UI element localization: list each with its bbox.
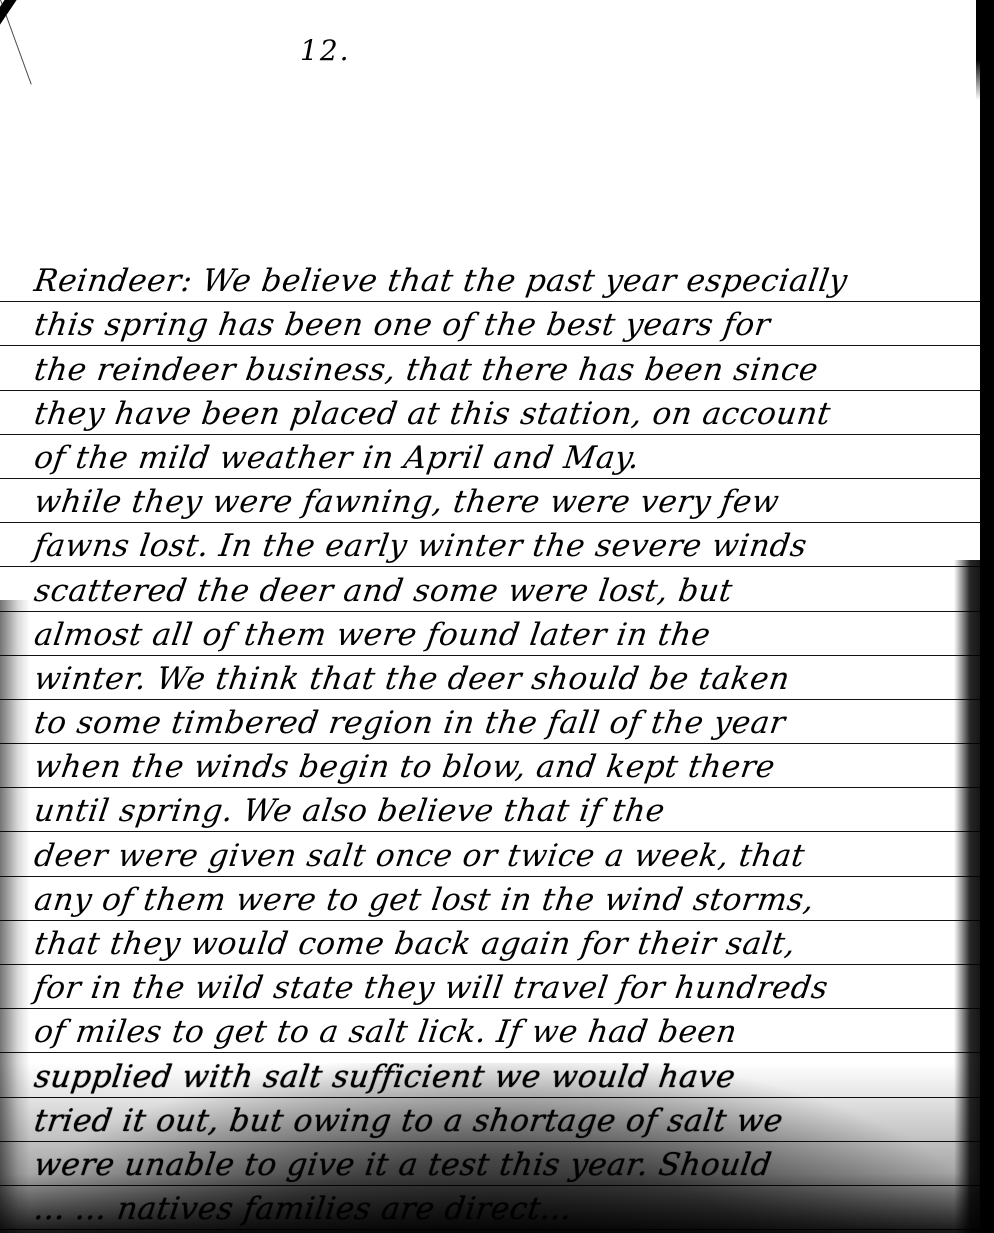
text-line: when the winds begin to blow, and kept t… (0, 744, 994, 788)
binding-edge (980, 0, 994, 1233)
text-line: supplied with salt sufficient we would h… (0, 1053, 994, 1097)
line-text: this spring has been one of the best yea… (32, 307, 773, 343)
text-line: until spring. We also believe that if th… (0, 788, 994, 832)
line-text: the reindeer business, that there has be… (32, 352, 820, 388)
line-text: when the winds begin to blow, and kept t… (32, 749, 777, 785)
line-text: Reindeer: We believe that the past year … (32, 263, 850, 299)
text-line: to some timbered region in the fall of t… (0, 700, 994, 744)
text-line: deer were given salt once or twice a wee… (0, 832, 994, 876)
text-line: for in the wild state they will travel f… (0, 965, 994, 1009)
line-text: fawns lost. In the early winter the seve… (32, 528, 809, 564)
line-text: scattered the deer and some were lost, b… (32, 573, 735, 609)
text-line: almost all of them were found later in t… (0, 612, 994, 656)
line-text: winter. We think that the deer should be… (32, 661, 792, 697)
text-line: that they would come back again for thei… (0, 921, 994, 965)
line-text: ... ... natives families are direct... (32, 1191, 574, 1227)
document-page: 12. Reindeer: We believe that the past y… (0, 0, 994, 1233)
handwritten-text-body: Reindeer: We believe that the past year … (0, 258, 994, 1230)
text-line: fawns lost. In the early winter the seve… (0, 523, 994, 567)
line-text: they have been placed at this station, o… (32, 396, 833, 432)
text-line: were unable to give it a test this year.… (0, 1142, 994, 1186)
text-line: any of them were to get lost in the wind… (0, 877, 994, 921)
line-text: until spring. We also believe that if th… (32, 793, 667, 829)
line-text: any of them were to get lost in the wind… (32, 882, 817, 918)
line-text: while they were fawning, there were very… (32, 484, 782, 520)
text-line: tried it out, but owing to a shortage of… (0, 1098, 994, 1142)
text-line: the reindeer business, that there has be… (0, 346, 994, 390)
text-line: scattered the deer and some were lost, b… (0, 567, 994, 611)
line-text: deer were given salt once or twice a wee… (32, 838, 807, 874)
line-text: supplied with salt sufficient we would h… (32, 1059, 738, 1095)
line-text: tried it out, but owing to a shortage of… (32, 1103, 785, 1139)
line-text: almost all of them were found later in t… (32, 617, 713, 653)
line-text: of miles to get to a salt lick. If we ha… (32, 1014, 739, 1050)
text-line: of the mild weather in April and May. (0, 435, 994, 479)
line-text: that they would come back again for thei… (32, 926, 798, 962)
line-text: were unable to give it a test this year.… (32, 1147, 774, 1183)
line-text: for in the wild state they will travel f… (32, 970, 830, 1006)
text-line: winter. We think that the deer should be… (0, 656, 994, 700)
text-line: of miles to get to a salt lick. If we ha… (0, 1009, 994, 1053)
line-text: to some timbered region in the fall of t… (32, 705, 788, 741)
page-number: 12. (300, 34, 351, 67)
text-line: ... ... natives families are direct... (0, 1186, 994, 1230)
text-line: this spring has been one of the best yea… (0, 302, 994, 346)
line-text: of the mild weather in April and May. (32, 440, 642, 476)
text-line: Reindeer: We believe that the past year … (0, 258, 994, 302)
text-line: they have been placed at this station, o… (0, 391, 994, 435)
text-line: while they were fawning, there were very… (0, 479, 994, 523)
margin-thin-mark (0, 0, 32, 85)
